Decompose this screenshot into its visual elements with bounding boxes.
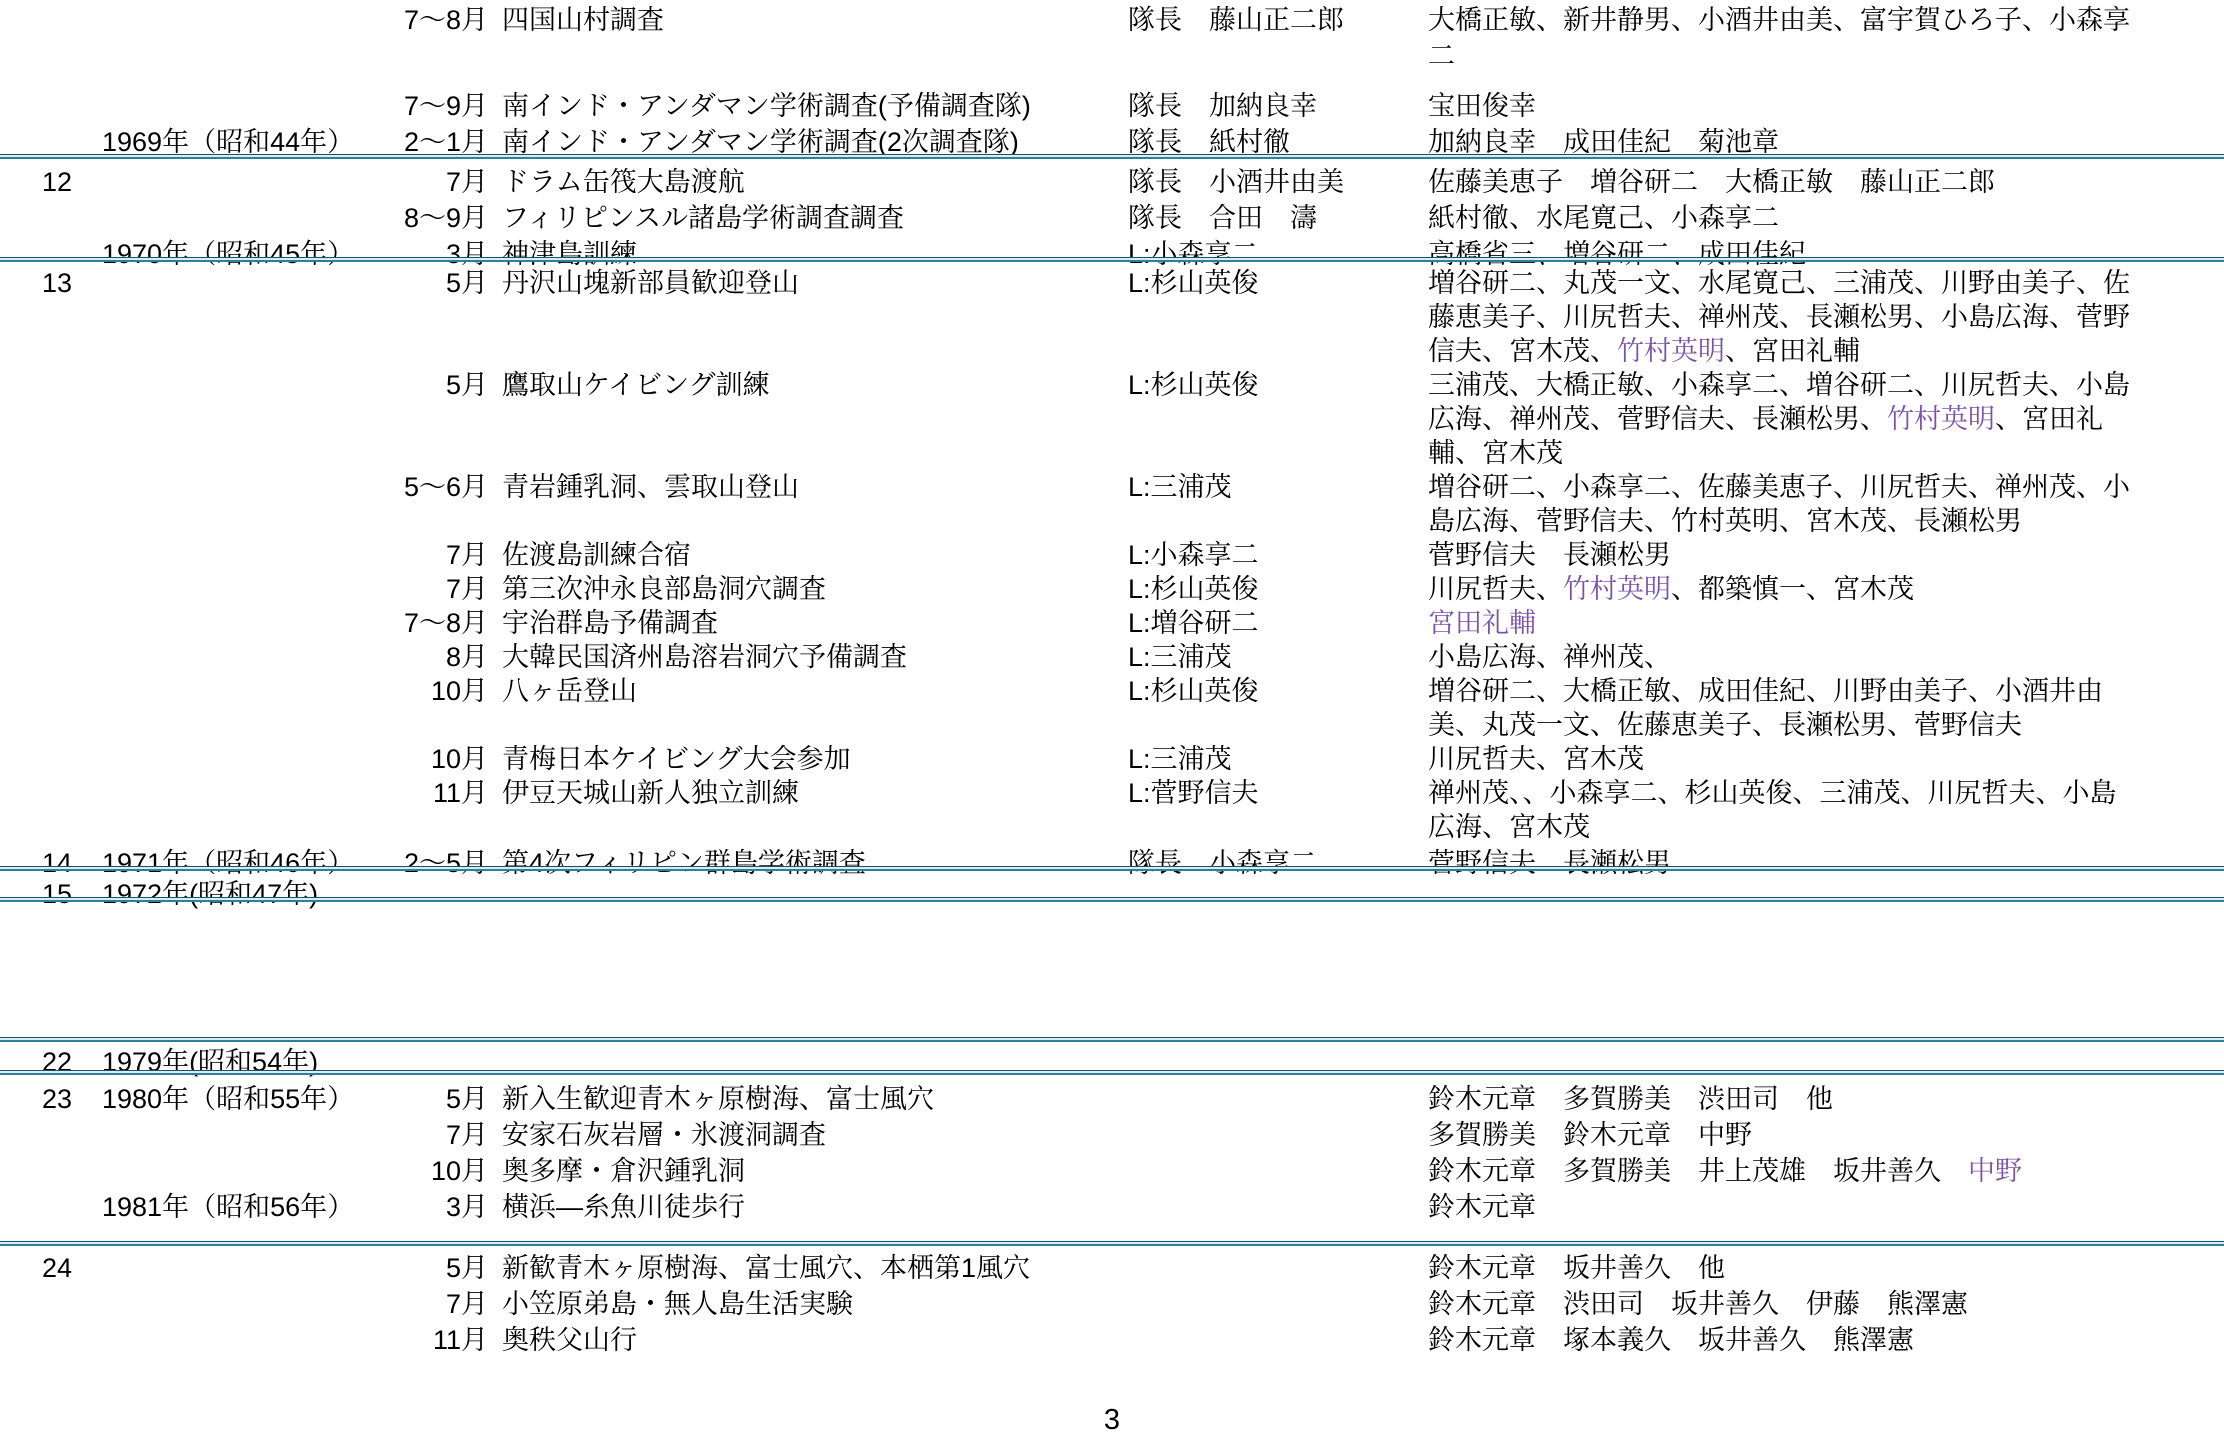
year-cell: 1980年（昭和55年） — [102, 1081, 400, 1117]
member-name-highlight: 竹村英明 — [1563, 574, 1671, 604]
month-cell: 7～8月 — [400, 2, 488, 38]
member-names: 、都築慎一、宮木茂 — [1671, 574, 1914, 604]
leader-cell: L:杉山英俊 — [1128, 368, 1428, 402]
section-divider — [0, 1070, 2224, 1075]
table-row: 11月 奥秩父山行 鈴木元章 塚本義久 坂井善久 熊澤憲 — [0, 1322, 2224, 1358]
members-cell: 増谷研二、大橋正敏、成田佳紀、川野由美子、小酒井由美、丸茂一文、佐藤恵美子、長瀬… — [1428, 674, 2143, 742]
activity-cell: 奥多摩・倉沢鍾乳洞 — [488, 1153, 1128, 1189]
month-cell: 3月 — [400, 1189, 488, 1225]
leader-cell: L:菅野信夫 — [1128, 776, 1428, 810]
member-names: 加納良幸 成田佳紀 菊池章 — [1428, 127, 1779, 157]
activity-cell: 安家石灰岩層・氷渡洞調査 — [488, 1117, 1128, 1153]
member-names: 高橋省三、増谷研二、成田佳紀 — [1428, 239, 1806, 269]
month-cell: 11月 — [400, 776, 488, 810]
section-divider — [0, 897, 2224, 902]
leader-cell: 隊長 加納良幸 — [1128, 88, 1428, 124]
member-names: 鈴木元章 多賀勝美 渋田司 他 — [1428, 1084, 1833, 1114]
table-section: 24 5月 新歓青木ヶ原樹海、富士風穴、本栖第1風穴 鈴木元章 坂井善久 他 7… — [0, 1250, 2224, 1358]
activity-cell: 丹沢山塊新部員歓迎登山 — [488, 266, 1128, 300]
activity-cell: 奥秩父山行 — [488, 1322, 1128, 1358]
members-cell: 紙村徹、水尾寛己、小森享二 — [1428, 200, 2143, 236]
leader-cell: 隊長 藤山正二郎 — [1128, 2, 1428, 38]
member-names: 鈴木元章 — [1428, 1192, 1536, 1222]
row-number: 23 — [0, 1081, 102, 1117]
member-names: 増谷研二、大橋正敏、成田佳紀、川野由美子、小酒井由美、丸茂一文、佐藤恵美子、長瀬… — [1428, 676, 2103, 740]
member-name-highlight: 竹村英明 — [1887, 404, 1995, 434]
table-row: 24 5月 新歓青木ヶ原樹海、富士風穴、本栖第1風穴 鈴木元章 坂井善久 他 — [0, 1250, 2224, 1286]
table-row: 7～8月 宇治群島予備調査 L:増谷研二 宮田礼輔 — [0, 606, 2224, 640]
table-section: 23 1980年（昭和55年） 5月 新入生歓迎青木ヶ原樹海、富士風穴 鈴木元章… — [0, 1081, 2224, 1225]
leader-cell: 隊長 合田 濤 — [1128, 200, 1428, 236]
leader-cell: L:三浦茂 — [1128, 470, 1428, 504]
activity-cell: 四国山村調査 — [488, 2, 1128, 38]
members-cell: 多賀勝美 鈴木元章 中野 — [1428, 1117, 2143, 1153]
month-cell: 7月 — [400, 164, 488, 200]
table-row: 10月 青梅日本ケイビング大会参加 L:三浦茂 川尻哲夫、宮木茂 — [0, 742, 2224, 776]
member-name-highlight: 竹村英明 — [1617, 336, 1725, 366]
activity-cell: 南インド・アンダマン学術調査(予備調査隊) — [488, 88, 1128, 124]
month-cell: 7月 — [400, 572, 488, 606]
month-cell: 7～8月 — [400, 606, 488, 640]
row-number: 24 — [0, 1250, 102, 1286]
table-row: 10月 奥多摩・倉沢鍾乳洞 鈴木元章 多賀勝美 井上茂雄 坂井善久 中野 — [0, 1153, 2224, 1189]
month-cell: 7月 — [400, 1286, 488, 1322]
row-number: 13 — [0, 266, 102, 300]
member-names: 大橋正敏、新井静男、小酒井由美、富宇賀ひろ子、小森享二 — [1428, 5, 2130, 71]
section-divider — [0, 1037, 2224, 1042]
member-names: 佐藤美恵子 増谷研二 大橋正敏 藤山正二郎 — [1428, 167, 1995, 197]
month-cell: 5月 — [400, 1081, 488, 1117]
members-cell: 鈴木元章 多賀勝美 井上茂雄 坂井善久 中野 — [1428, 1153, 2143, 1189]
table-section: 12 7月 ドラム缶筏大島渡航 隊長 小酒井由美 佐藤美恵子 増谷研二 大橋正敏… — [0, 164, 2224, 272]
month-cell: 11月 — [400, 1322, 488, 1358]
table-row: 15 1972年(昭和47年) — [0, 876, 2224, 912]
member-names: 宝田俊幸 — [1428, 91, 1536, 121]
section-divider — [0, 257, 2224, 262]
members-cell: 川尻哲夫、竹村英明、都築慎一、宮木茂 — [1428, 572, 2143, 606]
table-row: 7月 第三次沖永良部島洞穴調査 L:杉山英俊 川尻哲夫、竹村英明、都築慎一、宮木… — [0, 572, 2224, 606]
member-names: 鈴木元章 多賀勝美 井上茂雄 坂井善久 — [1428, 1156, 1968, 1186]
member-names: 、宮田礼輔 — [1725, 336, 1860, 366]
members-cell: 鈴木元章 塚本義久 坂井善久 熊澤憲 — [1428, 1322, 2143, 1358]
leader-cell: L:三浦茂 — [1128, 742, 1428, 776]
activity-cell: 青梅日本ケイビング大会参加 — [488, 742, 1128, 776]
activity-cell: 佐渡島訓練合宿 — [488, 538, 1128, 572]
table-row: 13 5月 丹沢山塊新部員歓迎登山 L:杉山英俊 増谷研二、丸茂一文、水尾寛己、… — [0, 266, 2224, 368]
month-cell: 5～6月 — [400, 470, 488, 504]
activity-cell: 宇治群島予備調査 — [488, 606, 1128, 640]
table-row: 5～6月 青岩鍾乳洞、雲取山登山 L:三浦茂 増谷研二、小森享二、佐藤美恵子、川… — [0, 470, 2224, 538]
month-cell: 7月 — [400, 1117, 488, 1153]
member-names: 菅野信夫 長瀬松男 — [1428, 848, 1671, 878]
table-row: 8月 大韓民国済州島溶岩洞穴予備調査 L:三浦茂 小島広海、禅州茂、 — [0, 640, 2224, 674]
members-cell: 増谷研二、丸茂一文、水尾寛己、三浦茂、川野由美子、佐藤恵美子、川尻哲夫、禅州茂、… — [1428, 266, 2143, 368]
members-cell: 鈴木元章 坂井善久 他 — [1428, 1250, 2143, 1286]
section-divider — [0, 154, 2224, 159]
table-row: 12 7月 ドラム缶筏大島渡航 隊長 小酒井由美 佐藤美恵子 増谷研二 大橋正敏… — [0, 164, 2224, 200]
month-cell: 7月 — [400, 538, 488, 572]
members-cell: 三浦茂、大橋正敏、小森享二、増谷研二、川尻哲夫、小島広海、禅州茂、菅野信夫、長瀬… — [1428, 368, 2143, 470]
leader-cell: 隊長 小酒井由美 — [1128, 164, 1428, 200]
activity-cell: 大韓民国済州島溶岩洞穴予備調査 — [488, 640, 1128, 674]
activity-cell: ドラム缶筏大島渡航 — [488, 164, 1128, 200]
table-section: 13 5月 丹沢山塊新部員歓迎登山 L:杉山英俊 増谷研二、丸茂一文、水尾寛己、… — [0, 266, 2224, 844]
leader-cell: L:増谷研二 — [1128, 606, 1428, 640]
month-cell: 7～9月 — [400, 88, 488, 124]
leader-cell: L:杉山英俊 — [1128, 266, 1428, 300]
member-name-highlight: 中野 — [1968, 1156, 2022, 1186]
member-names: 鈴木元章 渋田司 坂井善久 伊藤 熊澤憲 — [1428, 1289, 1968, 1319]
members-cell: 鈴木元章 多賀勝美 渋田司 他 — [1428, 1081, 2143, 1117]
activity-cell: フィリピンスル諸島学術調査調査 — [488, 200, 1128, 236]
member-name-highlight: 宮田礼輔 — [1428, 608, 1536, 638]
leader-cell: L:杉山英俊 — [1128, 674, 1428, 708]
month-cell: 5月 — [400, 1250, 488, 1286]
members-cell: 大橋正敏、新井静男、小酒井由美、富宇賀ひろ子、小森享二 — [1428, 2, 2143, 74]
activity-cell: 八ヶ岳登山 — [488, 674, 1128, 708]
table-row: 7月 小笠原弟島・無人島生活実験 鈴木元章 渋田司 坂井善久 伊藤 熊澤憲 — [0, 1286, 2224, 1322]
month-cell: 8～9月 — [400, 200, 488, 236]
members-cell: 菅野信夫 長瀬松男 — [1428, 538, 2143, 572]
members-cell: 小島広海、禅州茂、 — [1428, 640, 2143, 674]
table-row: 8～9月 フィリピンスル諸島学術調査調査 隊長 合田 濤 紙村徹、水尾寛己、小森… — [0, 200, 2224, 236]
year-cell: 1972年(昭和47年) — [102, 876, 400, 912]
activity-cell: 鷹取山ケイビング訓練 — [488, 368, 1128, 402]
members-cell: 鈴木元章 — [1428, 1189, 2143, 1225]
table-row: 11月 伊豆天城山新人独立訓練 L:菅野信夫 禅州茂、、小森享二、杉山英俊、三浦… — [0, 776, 2224, 844]
activity-cell: 新入生歓迎青木ヶ原樹海、富士風穴 — [488, 1081, 1128, 1117]
members-cell: 宮田礼輔 — [1428, 606, 2143, 640]
table-row: 7～9月 南インド・アンダマン学術調査(予備調査隊) 隊長 加納良幸 宝田俊幸 — [0, 88, 2224, 124]
member-names: 紙村徹、水尾寛己、小森享二 — [1428, 203, 1779, 233]
activity-cell: 青岩鍾乳洞、雲取山登山 — [488, 470, 1128, 504]
table-row: 10月 八ヶ岳登山 L:杉山英俊 増谷研二、大橋正敏、成田佳紀、川野由美子、小酒… — [0, 674, 2224, 742]
section-divider — [0, 1241, 2224, 1246]
table-section: 15 1972年(昭和47年) — [0, 876, 2224, 912]
month-cell: 10月 — [400, 1153, 488, 1189]
member-names: 増谷研二、小森享二、佐藤美恵子、川尻哲夫、禅州茂、小島広海、菅野信夫、竹村英明、… — [1428, 472, 2130, 536]
table-row: 7～8月 四国山村調査 隊長 藤山正二郎 大橋正敏、新井静男、小酒井由美、富宇賀… — [0, 2, 2224, 74]
activity-cell: 横浜―糸魚川徒歩行 — [488, 1189, 1128, 1225]
row-gap — [0, 74, 2224, 88]
member-names: 川尻哲夫、 — [1428, 574, 1563, 604]
members-cell: 増谷研二、小森享二、佐藤美恵子、川尻哲夫、禅州茂、小島広海、菅野信夫、竹村英明、… — [1428, 470, 2143, 538]
member-names: 菅野信夫 長瀬松男 — [1428, 540, 1671, 570]
table-row: 23 1980年（昭和55年） 5月 新入生歓迎青木ヶ原樹海、富士風穴 鈴木元章… — [0, 1081, 2224, 1117]
page-number: 3 — [0, 1402, 2224, 1438]
table-row: 7月 佐渡島訓練合宿 L:小森享二 菅野信夫 長瀬松男 — [0, 538, 2224, 572]
row-number: 12 — [0, 164, 102, 200]
section-divider — [0, 866, 2224, 871]
table-row: 7月 安家石灰岩層・氷渡洞調査 多賀勝美 鈴木元章 中野 — [0, 1117, 2224, 1153]
leader-cell: L:杉山英俊 — [1128, 572, 1428, 606]
members-cell: 禅州茂、、小森享二、杉山英俊、三浦茂、川尻哲夫、小島広海、宮木茂 — [1428, 776, 2143, 844]
member-names: 多賀勝美 鈴木元章 中野 — [1428, 1120, 1752, 1150]
month-cell: 10月 — [400, 674, 488, 708]
month-cell: 5月 — [400, 266, 488, 300]
member-names: 小島広海、禅州茂、 — [1428, 642, 1671, 672]
members-cell: 宝田俊幸 — [1428, 88, 2143, 124]
members-cell: 佐藤美恵子 増谷研二 大橋正敏 藤山正二郎 — [1428, 164, 2143, 200]
month-cell: 8月 — [400, 640, 488, 674]
row-number: 15 — [0, 876, 102, 912]
month-cell: 5月 — [400, 368, 488, 402]
member-names: 鈴木元章 塚本義久 坂井善久 熊澤憲 — [1428, 1325, 1914, 1355]
activity-cell: 第三次沖永良部島洞穴調査 — [488, 572, 1128, 606]
month-cell: 10月 — [400, 742, 488, 776]
table-section: 7～8月 四国山村調査 隊長 藤山正二郎 大橋正敏、新井静男、小酒井由美、富宇賀… — [0, 2, 2224, 160]
activity-cell: 新歓青木ヶ原樹海、富士風穴、本栖第1風穴 — [488, 1250, 1128, 1286]
member-names: 鈴木元章 坂井善久 他 — [1428, 1253, 1725, 1283]
members-cell: 鈴木元章 渋田司 坂井善久 伊藤 熊澤憲 — [1428, 1286, 2143, 1322]
member-names: 禅州茂、、小森享二、杉山英俊、三浦茂、川尻哲夫、小島広海、宮木茂 — [1428, 778, 2117, 842]
members-cell: 川尻哲夫、宮木茂 — [1428, 742, 2143, 776]
table-row: 5月 鷹取山ケイビング訓練 L:杉山英俊 三浦茂、大橋正敏、小森享二、増谷研二、… — [0, 368, 2224, 470]
member-names: 川尻哲夫、宮木茂 — [1428, 744, 1644, 774]
table-row: 1981年（昭和56年） 3月 横浜―糸魚川徒歩行 鈴木元章 — [0, 1189, 2224, 1225]
activity-cell: 伊豆天城山新人独立訓練 — [488, 776, 1128, 810]
activity-cell: 小笠原弟島・無人島生活実験 — [488, 1286, 1128, 1322]
year-cell: 1981年（昭和56年） — [102, 1189, 400, 1225]
leader-cell: L:小森享二 — [1128, 538, 1428, 572]
leader-cell: L:三浦茂 — [1128, 640, 1428, 674]
